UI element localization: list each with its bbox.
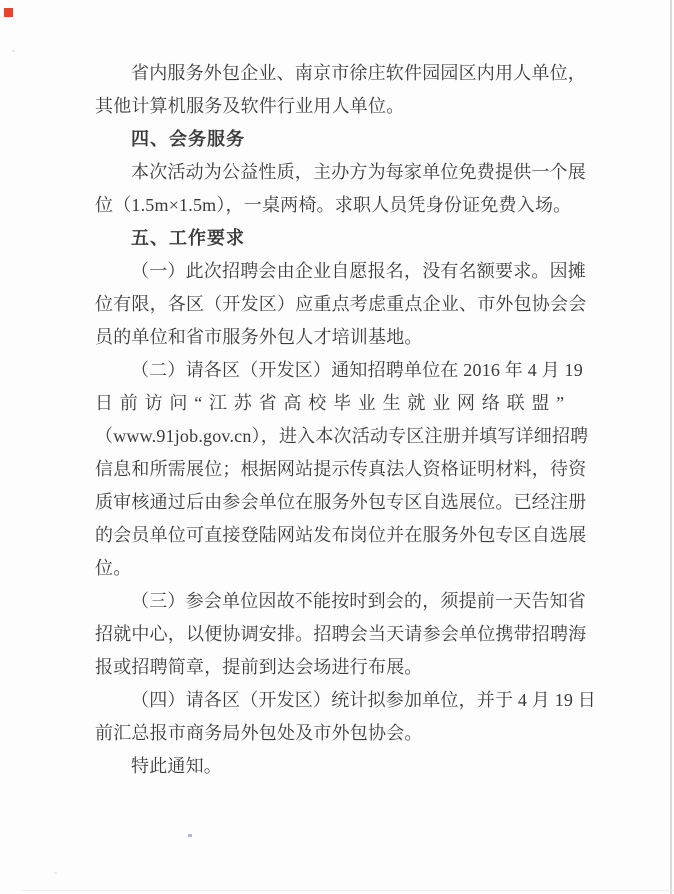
text-line: （www.91job.gov.cn），进入本次活动专区注册并填写详细招聘	[95, 420, 585, 453]
text-line: 报或招聘简章，提前到达会场进行布展。	[95, 651, 585, 684]
text-line: 本次活动为公益性质，主办方为每家单位免费提供一个展	[95, 156, 585, 189]
text-line: 质审核通过后由参会单位在服务外包专区自选展位。已经注册	[95, 486, 585, 519]
text-line: 员的单位和省市服务外包人才培训基地。	[95, 321, 585, 354]
text-line: 省内服务外包企业、南京市徐庄软件园园区内用人单位，	[95, 57, 585, 90]
text-line: （三）参会单位因故不能按时到会的，须提前一天告知省	[95, 585, 585, 618]
document-lines: 省内服务外包企业、南京市徐庄软件园园区内用人单位，其他计算机服务及软件行业用人单…	[95, 57, 585, 783]
text-line: （四）请各区（开发区）统计拟参加单位，并于 4 月 19 日	[95, 684, 585, 717]
scan-speck	[188, 834, 192, 837]
text-line: 特此通知。	[95, 750, 585, 783]
scanned-document-page: 省内服务外包企业、南京市徐庄软件园园区内用人单位，其他计算机服务及软件行业用人单…	[0, 0, 674, 894]
section-heading: 五、工作要求	[95, 222, 585, 255]
text-line: 其他计算机服务及软件行业用人单位。	[95, 90, 585, 123]
text-line: 位。	[95, 552, 585, 585]
text-line: 日前访问“江苏省高校毕业生就业网络联盟”	[95, 387, 585, 420]
page-edge-bottom	[22, 890, 674, 891]
scan-speck	[54, 872, 57, 874]
text-line: （一）此次招聘会由企业自愿报名，没有名额要求。因摊	[95, 255, 585, 288]
text-line: 信息和所需展位；根据网站提示传真法人资格证明材料，待资	[95, 453, 585, 486]
text-line: 位有限，各区（开发区）应重点考虑重点企业、市外包协会会	[95, 288, 585, 321]
text-line: 招就中心，以便协调安排。招聘会当天请参会单位携带招聘海	[95, 618, 585, 651]
text-line: 的会员单位可直接登陆网站发布岗位并在服务外包专区自选展	[95, 519, 585, 552]
text-line: （二）请各区（开发区）通知招聘单位在 2016 年 4 月 19	[95, 354, 585, 387]
text-line: 位（1.5m×1.5m），一桌两椅。求职人员凭身份证免费入场。	[95, 189, 585, 222]
scan-speck	[12, 50, 15, 52]
section-heading: 四、会务服务	[95, 123, 585, 156]
text-line: 前汇总报市商务局外包处及市外包协会。	[95, 717, 585, 750]
page-edge-right	[670, 0, 672, 894]
red-corner-mark-icon	[4, 8, 13, 17]
